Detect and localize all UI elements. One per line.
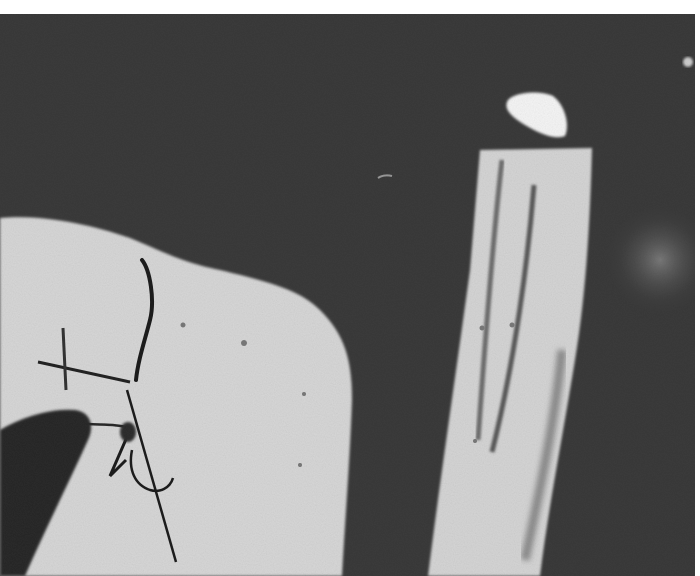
speck	[683, 57, 693, 67]
photograph	[0, 14, 695, 576]
fiber-knot	[120, 422, 136, 442]
